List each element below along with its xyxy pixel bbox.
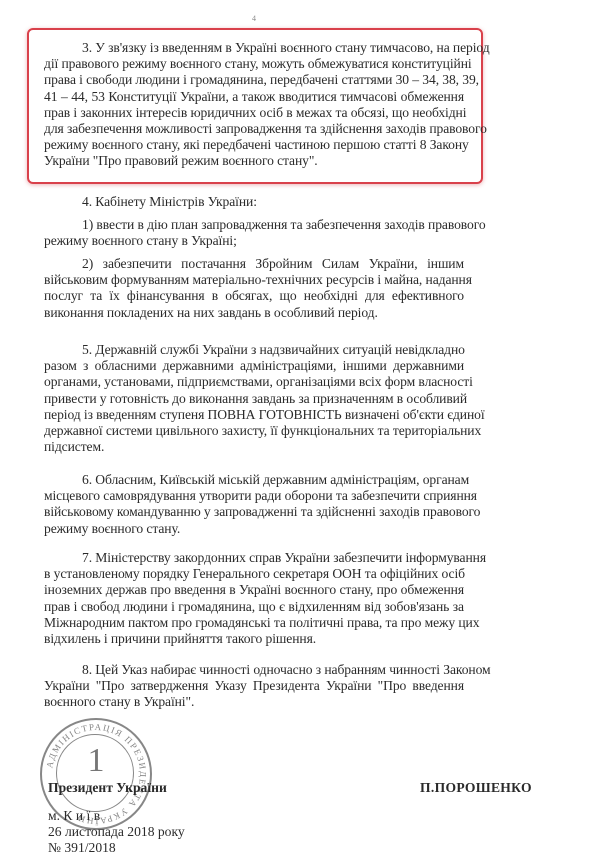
signature-title: Президент України xyxy=(48,780,167,796)
stamp-number: 1 xyxy=(42,742,150,780)
text-line: 2) забезпечити постачання Збройним Силам… xyxy=(44,256,464,272)
text-line: 1) ввести в дію план запровадження та за… xyxy=(44,217,464,233)
text-line: разом з обласними державними адміністрац… xyxy=(44,358,464,374)
footer-date: 26 листопада 2018 року xyxy=(48,824,185,840)
text-line: Міжнародним пактом про громадянські та п… xyxy=(44,615,464,631)
paragraph-6: 6. Обласним, Київській міській державним… xyxy=(44,472,464,537)
text-line: військовому командуванню у запровадженні… xyxy=(44,504,464,520)
text-line: відхилень і причини прийняття такого ріш… xyxy=(44,631,464,647)
paragraph-5: 5. Державній службі України з надзвичайн… xyxy=(44,342,464,455)
text-line: 6. Обласним, Київській міській державним… xyxy=(44,472,464,488)
text-line: іноземних держав про введення в Україні … xyxy=(44,582,464,598)
paragraph-7: 7. Міністерству закордонних справ Україн… xyxy=(44,550,464,647)
text-line: в установленому порядку Генерального сек… xyxy=(44,566,464,582)
text-line: привести у готовність до виконання завда… xyxy=(44,391,464,407)
text-line: підсистем. xyxy=(44,439,464,455)
text-line: України "Про правовий режим воєнного ста… xyxy=(44,153,464,169)
text-line: прав і законних інтересів юридичних осіб… xyxy=(44,105,464,121)
text-line: період із введенням ступеня ПОВНА ГОТОВН… xyxy=(44,407,464,423)
text-line: органами, установами, підприємствами, ор… xyxy=(44,374,464,390)
text-line: режиму воєнного стану в Україні; xyxy=(44,233,464,249)
text-line: України "Про затвердження Указу Президен… xyxy=(44,678,464,694)
text-line: 5. Державній службі України з надзвичайн… xyxy=(44,342,464,358)
footer-number: № 391/2018 xyxy=(48,840,185,856)
page-marker: 4 xyxy=(252,14,256,23)
text-line: послуг та їх фінансування в обсягах, що … xyxy=(44,288,464,304)
text-line: права і свободи людини і громадянина, пе… xyxy=(44,72,464,88)
text-line: режиму воєнного стану, які передбачені ч… xyxy=(44,137,464,153)
paragraph-4: 4. Кабінету Міністрів України: xyxy=(44,194,464,210)
paragraph-4-item-2: 2) забезпечити постачання Збройним Силам… xyxy=(44,256,464,321)
paragraph-heading: 4. Кабінету Міністрів України: xyxy=(44,194,464,210)
text-line: військовим формуванням матеріально-техні… xyxy=(44,272,464,288)
text-line: державної системи цивільного захисту, її… xyxy=(44,423,464,439)
document-page: 4 3. У зв'язку із введенням в Україні во… xyxy=(0,0,604,865)
text-line: виконання покладених на них завдань в ос… xyxy=(44,305,464,321)
text-line: дії правового режиму воєнного стану, мож… xyxy=(44,56,464,72)
text-line: для забезпечення можливості запровадженн… xyxy=(44,121,464,137)
text-line: 41 – 44, 53 Конституції України, а також… xyxy=(44,89,464,105)
text-line: 7. Міністерству закордонних справ Україн… xyxy=(44,550,464,566)
text-line: місцевого самоврядування утворити ради о… xyxy=(44,488,464,504)
text-line: прав і свобод людини і громадянина, що є… xyxy=(44,599,464,615)
signature-name: П.ПОРОШЕНКО xyxy=(420,780,532,796)
text-line: режиму воєнного стану. xyxy=(44,521,464,537)
text-line: 3. У зв'язку із введенням в Україні воєн… xyxy=(44,40,464,56)
text-line: воєнного стану в Україні". xyxy=(44,694,464,710)
paragraph-3-highlighted: 3. У зв'язку із введенням в Україні воєн… xyxy=(44,40,464,170)
footer-city: м. К и ї в xyxy=(48,808,185,824)
document-footer: м. К и ї в 26 листопада 2018 року № 391/… xyxy=(48,808,185,856)
paragraph-4-item-1: 1) ввести в дію план запровадження та за… xyxy=(44,217,464,249)
paragraph-8: 8. Цей Указ набирає чинності одночасно з… xyxy=(44,662,464,711)
text-line: 8. Цей Указ набирає чинності одночасно з… xyxy=(44,662,464,678)
